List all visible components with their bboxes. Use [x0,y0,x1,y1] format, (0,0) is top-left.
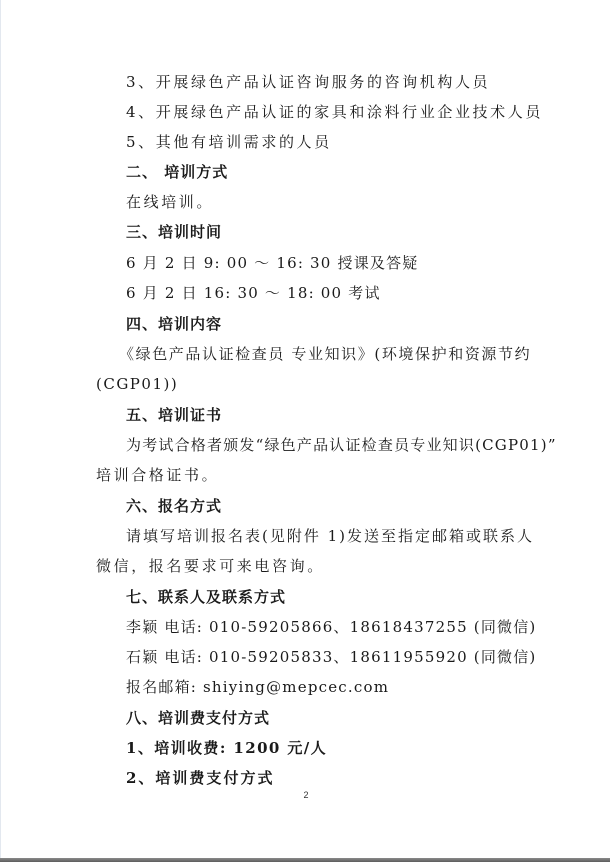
section-heading-training-time: 三、培训时间 [126,217,222,247]
certificate-text-cont: 培训合格证书。 [96,460,219,490]
page-number: 2 [1,790,610,800]
contact-shi-ying: 石颖 电话: 010-59205833、18611955920 (同微信) [126,642,537,672]
schedule-lecture: 6 月 2 日 9: 00 ～ 16: 30 授课及答疑 [126,248,419,278]
section-heading-training-content: 四、培训内容 [126,309,222,339]
section-heading-fee-payment: 八、培训费支付方式 [126,703,270,733]
training-content-text: 《绿色产品认证检查员 专业知识》(环境保护和资源节约 [119,339,531,369]
contact-li-ying: 李颖 电话: 010-59205866、18618437255 (同微信) [126,612,537,642]
registration-email: 报名邮箱: shiying@mepcec.com [126,672,389,702]
certificate-text: 为考试合格者颁发“绿色产品认证检查员专业知识(CGP01)” [126,430,557,460]
schedule-exam: 6 月 2 日 16: 30 ～ 18: 00 考试 [126,278,381,308]
list-item-audience-5: 5、其他有培训需求的人员 [126,127,332,157]
registration-text-cont: 微信，报名要求可来电咨询。 [96,551,325,581]
training-method-text: 在线培训。 [126,187,214,217]
training-content-code: (CGP01)) [96,369,178,399]
fee-amount: 1、培训收费: 1200 元/人 [126,733,327,763]
section-heading-contacts: 七、联系人及联系方式 [126,582,286,612]
list-item-audience-3: 3、开展绿色产品认证咨询服务的咨询机构人员 [126,67,490,97]
page-bottom-edge [0,858,610,862]
section-heading-training-method: 二、 培训方式 [126,157,228,187]
registration-text: 请填写培训报名表(见附件 1)发送至指定邮箱或联系人 [126,521,534,551]
section-heading-registration: 六、报名方式 [126,491,222,521]
document-page: 3、开展绿色产品认证咨询服务的咨询机构人员 4、开展绿色产品认证的家具和涂料行业… [0,0,610,858]
list-item-audience-4: 4、开展绿色产品认证的家具和涂料行业企业技术人员 [126,97,543,127]
fee-payment-method: 2、培训费支付方式 [126,763,274,793]
section-heading-certificate: 五、培训证书 [126,400,222,430]
